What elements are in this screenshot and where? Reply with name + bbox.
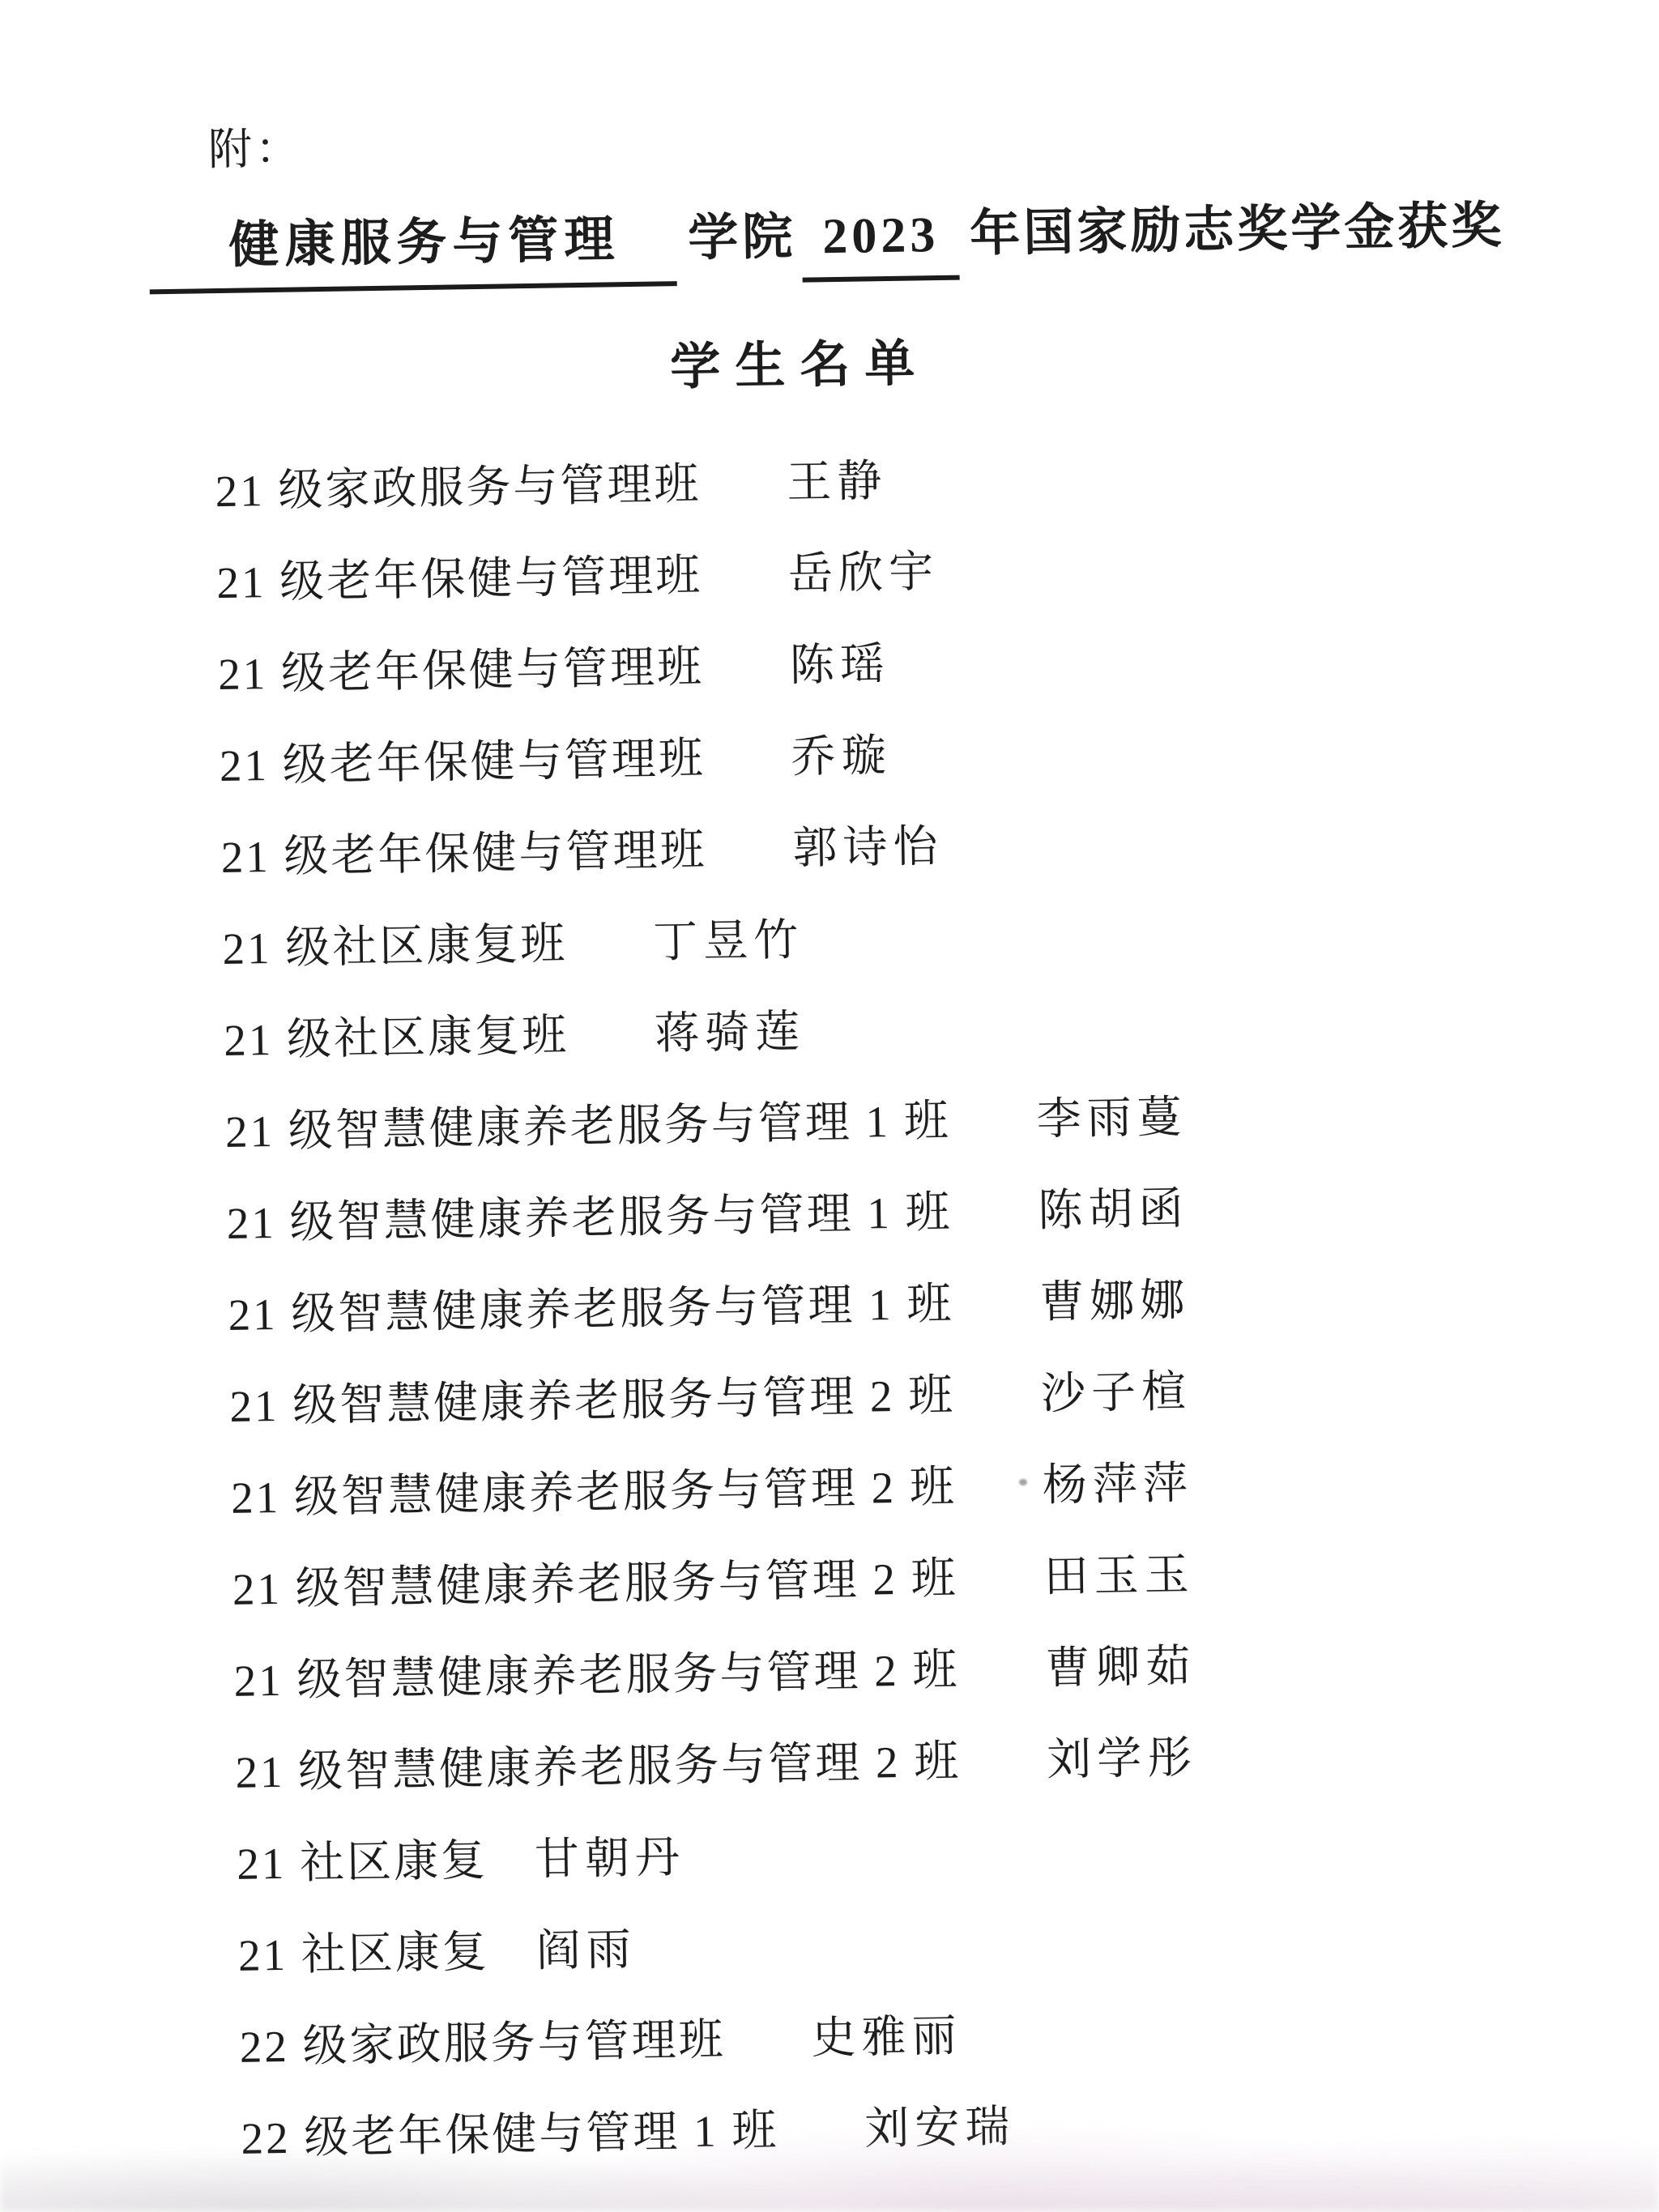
student-name: 曹卿茹 xyxy=(1045,1630,1196,1696)
document-title-line2: 学生名单 xyxy=(0,311,1659,409)
document-content: 附： 健康服务与管理学院2023年国家励志奖学金获奖 学生名单 21 级家政服务… xyxy=(0,0,1659,2212)
student-name: 乔璇 xyxy=(791,719,892,785)
student-name: 陈胡函 xyxy=(1038,1172,1189,1238)
class-label: 21 社区康复 xyxy=(237,1916,489,1984)
class-label: 21 级社区康复班 xyxy=(224,999,569,1068)
title-rest-text: 年国家励志奖学金获奖 xyxy=(958,198,1505,262)
class-label: 21 级智慧健康养老服务与管理 1 班 xyxy=(228,1268,954,1343)
student-name: 李雨蔓 xyxy=(1036,1080,1188,1147)
class-label: 21 级智慧健康养老服务与管理 2 班 xyxy=(229,1359,956,1434)
class-label: 21 级智慧健康养老服务与管理 2 班 xyxy=(230,1451,957,1526)
class-label: 21 级智慧健康养老服务与管理 1 班 xyxy=(224,1085,951,1160)
student-list: 21 级家政服务与管理班 王静 21 级老年保健与管理班 岳欣宇 21 级老年保… xyxy=(215,419,1659,2180)
class-label: 21 级老年保健与管理班 xyxy=(219,722,706,794)
class-label: 21 级智慧健康养老服务与管理 2 班 xyxy=(232,1542,958,1617)
student-name: 阎雨 xyxy=(535,1913,637,1979)
student-name: 蒋骑莲 xyxy=(654,995,805,1062)
class-label: 21 级智慧健康养老服务与管理 2 班 xyxy=(233,1634,960,1709)
student-name: 沙子楦 xyxy=(1040,1355,1192,1421)
student-name: 刘安瑞 xyxy=(864,2091,1016,2157)
title-year-underlined: 2023 xyxy=(801,207,959,283)
student-name: 王静 xyxy=(787,445,888,510)
student-name: 刘学彤 xyxy=(1046,1721,1197,1788)
class-label: 21 级社区康复班 xyxy=(222,907,568,977)
student-name: 曹娜娜 xyxy=(1039,1264,1191,1330)
student-name: 岳欣宇 xyxy=(787,535,939,602)
class-label: 21 社区康复 xyxy=(237,1824,488,1892)
class-label: 21 级智慧健康养老服务与管理 1 班 xyxy=(226,1176,953,1251)
scanned-document-page: 附： 健康服务与管理学院2023年国家励志奖学金获奖 学生名单 21 级家政服务… xyxy=(0,0,1659,2212)
student-name: 田玉玉 xyxy=(1043,1538,1195,1605)
student-name: 郭诗怡 xyxy=(792,810,944,876)
student-name: 甘朝丹 xyxy=(534,1821,685,1887)
class-label: 21 级家政服务与管理班 xyxy=(215,448,702,519)
attachment-label: 附： xyxy=(207,92,1655,177)
title-college-underlined: 健康服务与管理 xyxy=(149,198,678,294)
class-label: 21 级老年保健与管理班 xyxy=(216,539,703,611)
student-name: 陈瑶 xyxy=(789,628,890,693)
class-label: 21 级智慧健康养老服务与管理 2 班 xyxy=(235,1725,962,1801)
student-name: 丁昱竹 xyxy=(653,904,804,970)
document-title-line1: 健康服务与管理学院2023年国家励志奖学金获奖 xyxy=(0,182,1657,296)
class-label: 22 级家政服务与管理班 xyxy=(239,2003,726,2074)
student-name: 杨萍萍 xyxy=(1042,1447,1193,1513)
class-label: 21 级老年保健与管理班 xyxy=(218,631,705,702)
class-label: 21 级老年保健与管理班 xyxy=(220,814,707,885)
scan-speck xyxy=(1019,1479,1027,1485)
student-name: 史雅丽 xyxy=(811,2000,962,2066)
title-college-suffix: 学院 xyxy=(676,210,802,266)
class-label: 22 级老年保健与管理 1 班 xyxy=(241,2094,779,2166)
